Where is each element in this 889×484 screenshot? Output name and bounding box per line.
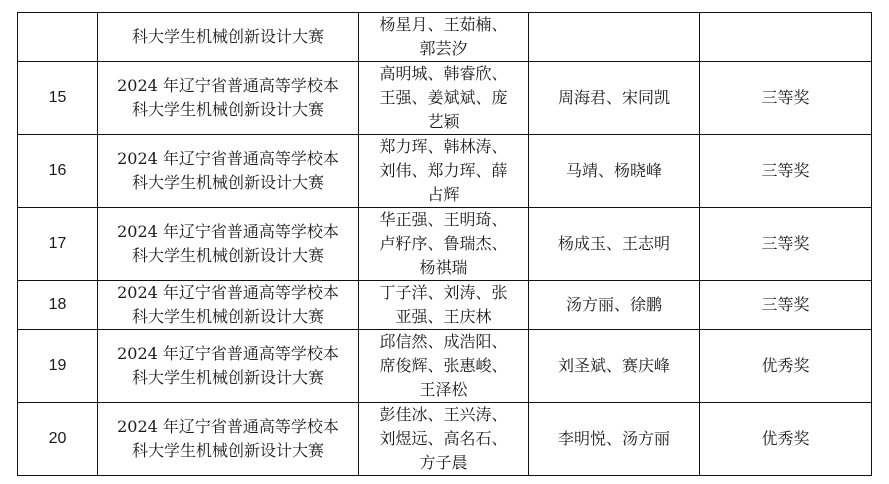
students-line: 占辉	[363, 183, 524, 207]
row-number-cell: 15	[18, 62, 98, 135]
students-line: 卢籽序、鲁瑞杰、	[363, 232, 524, 256]
table-row: 162024 年辽宁省普通高等学校本科大学生机械创新设计大赛郑力珲、韩林涛、刘伟…	[18, 135, 872, 208]
students-line: 华正强、王明琦、	[363, 208, 524, 232]
students-cell: 郑力珲、韩林涛、刘伟、郑力珲、薛占辉	[359, 135, 529, 208]
students-line: 方子晨	[363, 451, 524, 475]
row-number-cell: 16	[18, 135, 98, 208]
students-line: 邱信然、成浩阳、	[363, 330, 524, 354]
students-line: 杨祺瑞	[363, 256, 524, 280]
awards-table: 科大学生机械创新设计大赛杨星月、王茹楠、郭芸汐152024 年辽宁省普通高等学校…	[17, 12, 872, 476]
award-level-cell: 三等奖	[700, 135, 872, 208]
students-line: 刘煜远、高名石、	[363, 427, 524, 451]
advisors-cell: 汤方丽、徐鹏	[529, 281, 700, 330]
competition-name-cell: 2024 年辽宁省普通高等学校本科大学生机械创新设计大赛	[98, 62, 359, 135]
competition-name-line: 2024 年辽宁省普通高等学校本	[102, 342, 354, 366]
competition-name-line: 2024 年辽宁省普通高等学校本	[102, 147, 354, 171]
award-level-cell: 三等奖	[700, 281, 872, 330]
row-number-cell: 19	[18, 330, 98, 403]
advisors-cell	[529, 13, 700, 62]
row-number-cell: 18	[18, 281, 98, 330]
students-line: 亚强、王庆林	[363, 305, 524, 329]
competition-name-line: 2024 年辽宁省普通高等学校本	[102, 220, 354, 244]
students-cell: 丁子洋、刘涛、张亚强、王庆林	[359, 281, 529, 330]
competition-name-line: 科大学生机械创新设计大赛	[102, 98, 354, 122]
competition-name-line: 2024 年辽宁省普通高等学校本	[102, 415, 354, 439]
students-line: 郭芸汐	[363, 37, 524, 61]
competition-name-cell: 2024 年辽宁省普通高等学校本科大学生机械创新设计大赛	[98, 330, 359, 403]
students-cell: 彭佳冰、王兴涛、刘煜远、高名石、方子晨	[359, 403, 529, 476]
students-cell: 华正强、王明琦、卢籽序、鲁瑞杰、杨祺瑞	[359, 208, 529, 281]
students-line: 席俊辉、张惠峻、	[363, 354, 524, 378]
award-level-cell	[700, 13, 872, 62]
competition-name-cell: 2024 年辽宁省普通高等学校本科大学生机械创新设计大赛	[98, 135, 359, 208]
competition-name-line: 科大学生机械创新设计大赛	[102, 171, 354, 195]
competition-name-line: 2024 年辽宁省普通高等学校本	[102, 74, 354, 98]
table-row: 182024 年辽宁省普通高等学校本科大学生机械创新设计大赛丁子洋、刘涛、张亚强…	[18, 281, 872, 330]
students-cell: 邱信然、成浩阳、席俊辉、张惠峻、王泽松	[359, 330, 529, 403]
students-line: 丁子洋、刘涛、张	[363, 281, 524, 305]
award-level-cell: 优秀奖	[700, 330, 872, 403]
advisors-cell: 刘圣斌、赛庆峰	[529, 330, 700, 403]
students-line: 郑力珲、韩林涛、	[363, 135, 524, 159]
row-number-cell: 20	[18, 403, 98, 476]
award-level-cell: 优秀奖	[700, 403, 872, 476]
row-number-cell: 17	[18, 208, 98, 281]
students-line: 彭佳冰、王兴涛、	[363, 403, 524, 427]
students-line: 杨星月、王茹楠、	[363, 13, 524, 37]
competition-name-cell: 2024 年辽宁省普通高等学校本科大学生机械创新设计大赛	[98, 281, 359, 330]
students-cell: 高明城、韩睿欣、王强、姜斌斌、庞艺颖	[359, 62, 529, 135]
competition-name-line: 科大学生机械创新设计大赛	[102, 439, 354, 463]
students-cell: 杨星月、王茹楠、郭芸汐	[359, 13, 529, 62]
competition-name-line: 科大学生机械创新设计大赛	[102, 244, 354, 268]
competition-name-line: 科大学生机械创新设计大赛	[102, 25, 354, 49]
table-row: 科大学生机械创新设计大赛杨星月、王茹楠、郭芸汐	[18, 13, 872, 62]
advisors-cell: 李明悦、汤方丽	[529, 403, 700, 476]
competition-name-cell: 2024 年辽宁省普通高等学校本科大学生机械创新设计大赛	[98, 208, 359, 281]
students-line: 刘伟、郑力珲、薛	[363, 159, 524, 183]
table-row: 202024 年辽宁省普通高等学校本科大学生机械创新设计大赛彭佳冰、王兴涛、刘煜…	[18, 403, 872, 476]
award-level-cell: 三等奖	[700, 62, 872, 135]
competition-name-cell: 2024 年辽宁省普通高等学校本科大学生机械创新设计大赛	[98, 403, 359, 476]
competition-name-cell: 科大学生机械创新设计大赛	[98, 13, 359, 62]
advisors-cell: 杨成玉、王志明	[529, 208, 700, 281]
advisors-cell: 马靖、杨晓峰	[529, 135, 700, 208]
row-number-cell	[18, 13, 98, 62]
table-row: 152024 年辽宁省普通高等学校本科大学生机械创新设计大赛高明城、韩睿欣、王强…	[18, 62, 872, 135]
students-line: 高明城、韩睿欣、	[363, 62, 524, 86]
students-line: 王强、姜斌斌、庞	[363, 86, 524, 110]
competition-name-line: 2024 年辽宁省普通高等学校本	[102, 281, 354, 305]
advisors-cell: 周海君、宋同凯	[529, 62, 700, 135]
table-row: 192024 年辽宁省普通高等学校本科大学生机械创新设计大赛邱信然、成浩阳、席俊…	[18, 330, 872, 403]
students-line: 王泽松	[363, 378, 524, 402]
students-line: 艺颖	[363, 110, 524, 134]
competition-name-line: 科大学生机械创新设计大赛	[102, 366, 354, 390]
table-row: 172024 年辽宁省普通高等学校本科大学生机械创新设计大赛华正强、王明琦、卢籽…	[18, 208, 872, 281]
award-level-cell: 三等奖	[700, 208, 872, 281]
competition-name-line: 科大学生机械创新设计大赛	[102, 305, 354, 329]
